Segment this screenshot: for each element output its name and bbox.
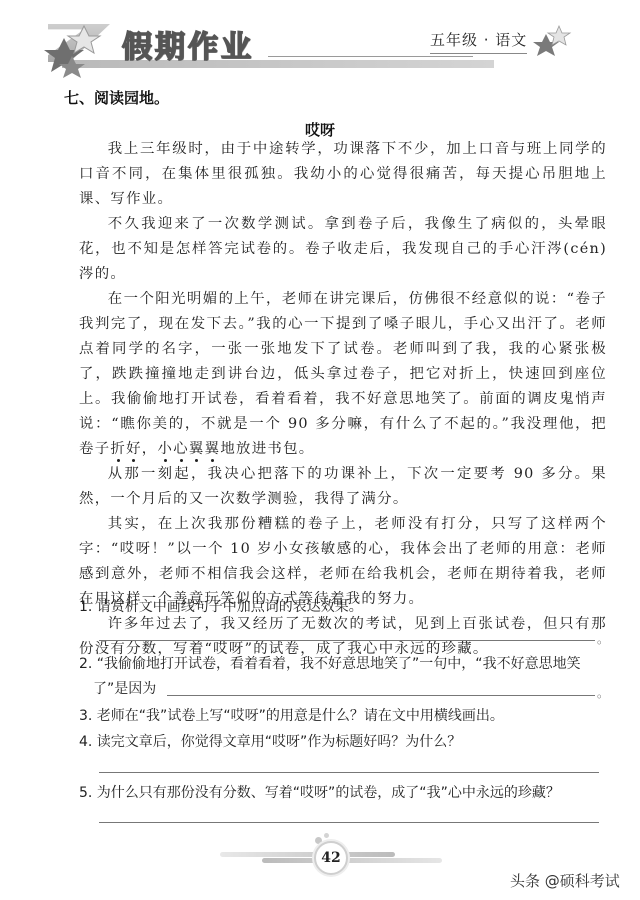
stars-small-icon (532, 24, 572, 60)
answer-period: 。 (597, 630, 609, 647)
dotted-char: 翼 (189, 441, 205, 457)
comma: ， (142, 441, 158, 457)
question-1: 1. 请赏析文中画线句子中加点词的表达效果。 (79, 596, 363, 616)
page-header: 假期作业 五年级 · 语文 (0, 0, 640, 80)
page-footer: 42 头条 @硕科考试 (0, 830, 640, 900)
header-title: 假期作业 (122, 22, 254, 66)
dotted-char: 心 (173, 441, 189, 457)
answer-line-1[interactable] (99, 640, 595, 641)
answer-line-5[interactable] (99, 822, 599, 823)
paragraph-3: 在一个阳光明媚的上午，老师在讲完课后，仿佛很不经意似的说：“卷子我判完了，现在发… (79, 287, 607, 462)
article-body: 我上三年级时，由于中途转学，功课落下不少，加上口音与班上同学的口音不同，在集体里… (79, 137, 607, 662)
paragraph-3-text: 在一个阳光明媚的上午，老师在讲完课后，仿佛很不经意似的说：“卷子我判完了，现在发… (79, 291, 607, 457)
stars-icon (42, 20, 112, 80)
section-title: 七、阅读园地。 (64, 87, 169, 108)
dotted-char: 折 (110, 441, 126, 457)
answer-line-2[interactable] (167, 695, 595, 696)
dotted-char: 翼 (205, 441, 221, 457)
paragraph-2: 不久我迎来了一次数学测试。拿到卷子后，我像生了病似的，头晕眼花，也不知是怎样答完… (79, 212, 607, 287)
question-2-line-2: 了”是因为 (93, 678, 156, 698)
question-5: 5. 为什么只有那份没有分数、写着“哎呀”的试卷，成了“我”心中永远的珍藏？ (79, 782, 560, 802)
question-2-line-1: 2. “我偷偷地打开试卷，看着看着，我不好意思地笑了”一句中，“我不好意思地笑 (79, 653, 581, 673)
header-rule (268, 56, 473, 57)
question-4: 4. 读完文章后，你觉得文章用“哎呀”作为标题好吗？为什么？ (79, 731, 461, 751)
grade-subject-label: 五年级 · 语文 (430, 29, 527, 54)
paragraph-4: 从那一刻起，我决心把落下的功课补上，下次一定要考 90 多分。果然，一个月后的又… (79, 462, 607, 512)
watermark: 头条 @硕科考试 (510, 870, 620, 891)
answer-period: 。 (597, 684, 609, 701)
footer-bar-right (262, 858, 442, 863)
question-3: 3. 老师在“我”试卷上写“哎呀”的用意是什么？请在文中用横线画出。 (79, 705, 504, 725)
paragraph-3-end: 地放进书包。 (220, 441, 314, 457)
dotted-char: 小 (158, 441, 174, 457)
footer-bar-left (220, 852, 395, 857)
paragraph-1: 我上三年级时，由于中途转学，功课落下不少，加上口音与班上同学的口音不同，在集体里… (79, 137, 607, 212)
answer-line-4[interactable] (99, 772, 599, 773)
footer-bubble (324, 833, 329, 838)
page-number: 42 (314, 841, 348, 875)
dotted-char: 好 (126, 441, 142, 457)
